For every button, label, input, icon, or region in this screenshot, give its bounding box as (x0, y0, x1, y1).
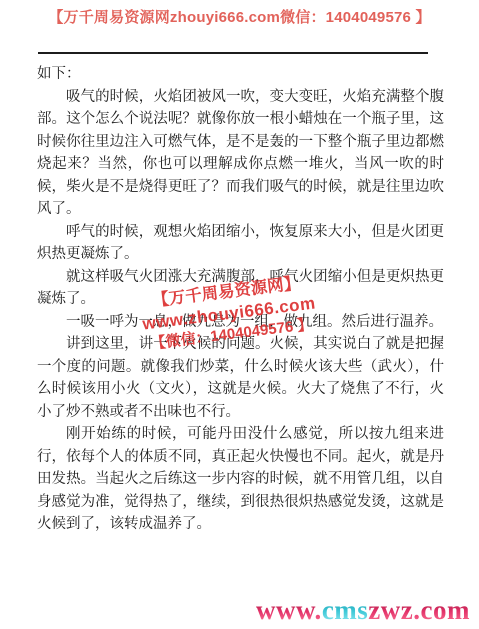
document-page: 【万千周易资源网zhouyi666.com微信：1404049576 】 如下：… (0, 0, 479, 629)
paragraph: 吸气的时候，火焰团被风一吹，变大变旺，火焰充满整个腹部。这个怎么个说法呢？就像你… (37, 86, 444, 221)
divider-line (38, 52, 428, 54)
footer-logo-segment: zwz.com (368, 595, 470, 625)
footer-site-logo: www.cmszwz.com (256, 597, 470, 624)
header-watermark-text: 【万千周易资源网zhouyi666.com微信：1404049576 】 (0, 6, 479, 27)
footer-logo-segment: www. (256, 595, 322, 625)
paragraph: 一吸一呼为一息，做九息为一组，做九组。然后进行温养。 (37, 311, 444, 334)
paragraph: 呼气的时候，观想火焰团缩小，恢复原来大小，但是火团更炽热更凝炼了。 (37, 221, 444, 266)
footer-logo-segment: cms (322, 595, 368, 625)
paragraph-intro: 如下： (37, 63, 444, 86)
paragraph: 讲到这里，讲一下火候的问题。火候，其实说白了就是把握一个度的问题。就像我们炒菜，… (37, 333, 444, 423)
document-body: 如下： 吸气的时候，火焰团被风一吹，变大变旺，火焰充满整个腹部。这个怎么个说法呢… (37, 63, 444, 536)
paragraph: 就这样吸气火团涨大充满腹部，呼气火团缩小但是更炽热更凝炼了。 (37, 266, 444, 311)
paragraph: 刚开始练的时候，可能丹田没什么感觉，所以按九组来进行，依每个人的体质不同，真正起… (37, 423, 444, 536)
